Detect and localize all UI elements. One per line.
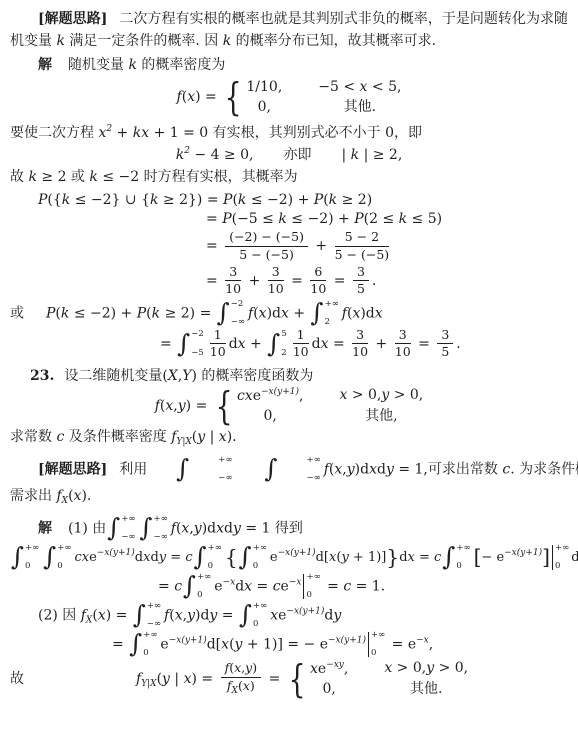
find-constant-line: 求常数 c 及条件概率密度 fY|X(y | x). — [10, 426, 568, 453]
probability-derivation-line-4: = 310 + 310 = 610 = 35. — [206, 265, 568, 297]
idea-paragraph-22: [解题思路]二次方程有实根的概率也就是其判别式非负的概率，于是问题转化为求随机变… — [10, 8, 568, 52]
normalization-derivation-line-2: = c∫+∞0e−xdx = ce−x+∞0 = c = 1. — [158, 573, 568, 600]
integral-derivation-line-2: = ∫−2−5110dx + ∫52110dx = 310 + 310 = 35… — [160, 328, 568, 360]
probability-statement-line: 故 k ≥ 2 或 k ≤ −2 时方程有实根，其概率为 — [10, 166, 568, 188]
idea-paragraph-23-line-2: 需求出 fX(x). — [10, 485, 568, 512]
solution-part1-line: 解(1) 由∫+∞−∞∫+∞−∞f(x,y)dxdy = 1 得到 — [38, 515, 568, 542]
marginal-density-derivation-line-2: = ∫+∞0e−x(y+1)d[x(y + 1)] = − e−x(y+1)+∞… — [112, 631, 568, 658]
discriminant-inequality-formula: k2 − 4 ≥ 0,亦即| k | ≥ 2, — [10, 146, 568, 163]
textbook-page: [解题思路]二次方程有实根的概率也就是其判别式非负的概率，于是问题转化为求随机变… — [0, 0, 578, 737]
conditional-density-result-line: 故fY|X(y | x) = f(x,y)fX(x) = {xe−xy,x > … — [10, 660, 568, 698]
joint-density-formula: f(x,y) = {cxe−x(y+1),x > 0,y > 0,0,其他, — [10, 387, 568, 425]
problem-23-statement: 23.设二维随机变量(X,Y) 的概率密度函数为 — [30, 365, 568, 387]
quadratic-condition-line: 要使二次方程 x2 + kx + 1 = 0 有实根，其判别式必不小于 0，即 — [10, 118, 568, 144]
probability-derivation-line-3: = (−2) − (−5)5 − (−5) + 5 − 25 − (−5) — [206, 230, 568, 262]
solution-intro-line: 解随机变量 k 的概率密度为 — [10, 54, 568, 76]
marginal-density-derivation-line-1: (2) 因 fX(x) = ∫+∞−∞f(x,y)dy = ∫+∞0xe−x(y… — [38, 602, 568, 629]
idea-paragraph-23-line-1: [解题思路]利用∫+∞−∞∫+∞−∞f(x,y)dxdy = 1,可求出常数 c… — [10, 456, 568, 483]
probability-derivation-line-2: = P(−5 ≤ k ≤ −2) + P(2 ≤ k ≤ 5) — [206, 211, 568, 227]
normalization-derivation-line-1: ∫+∞0∫+∞0cxe−x(y+1)dxdy = c∫+∞0{∫+∞0e−x(y… — [10, 544, 568, 571]
integral-derivation-line-1: 或P(k ≤ −2) + P(k ≥ 2) = ∫−2−∞f(x)dx + ∫+… — [10, 300, 568, 327]
probability-derivation-line-1: P({k ≤ −2} ∪ {k ≥ 2}) = P(k ≤ −2) + P(k … — [38, 192, 568, 208]
piecewise-density-formula: f(x) = {1/10,−5 < x < 5,0,其他. — [10, 78, 568, 116]
